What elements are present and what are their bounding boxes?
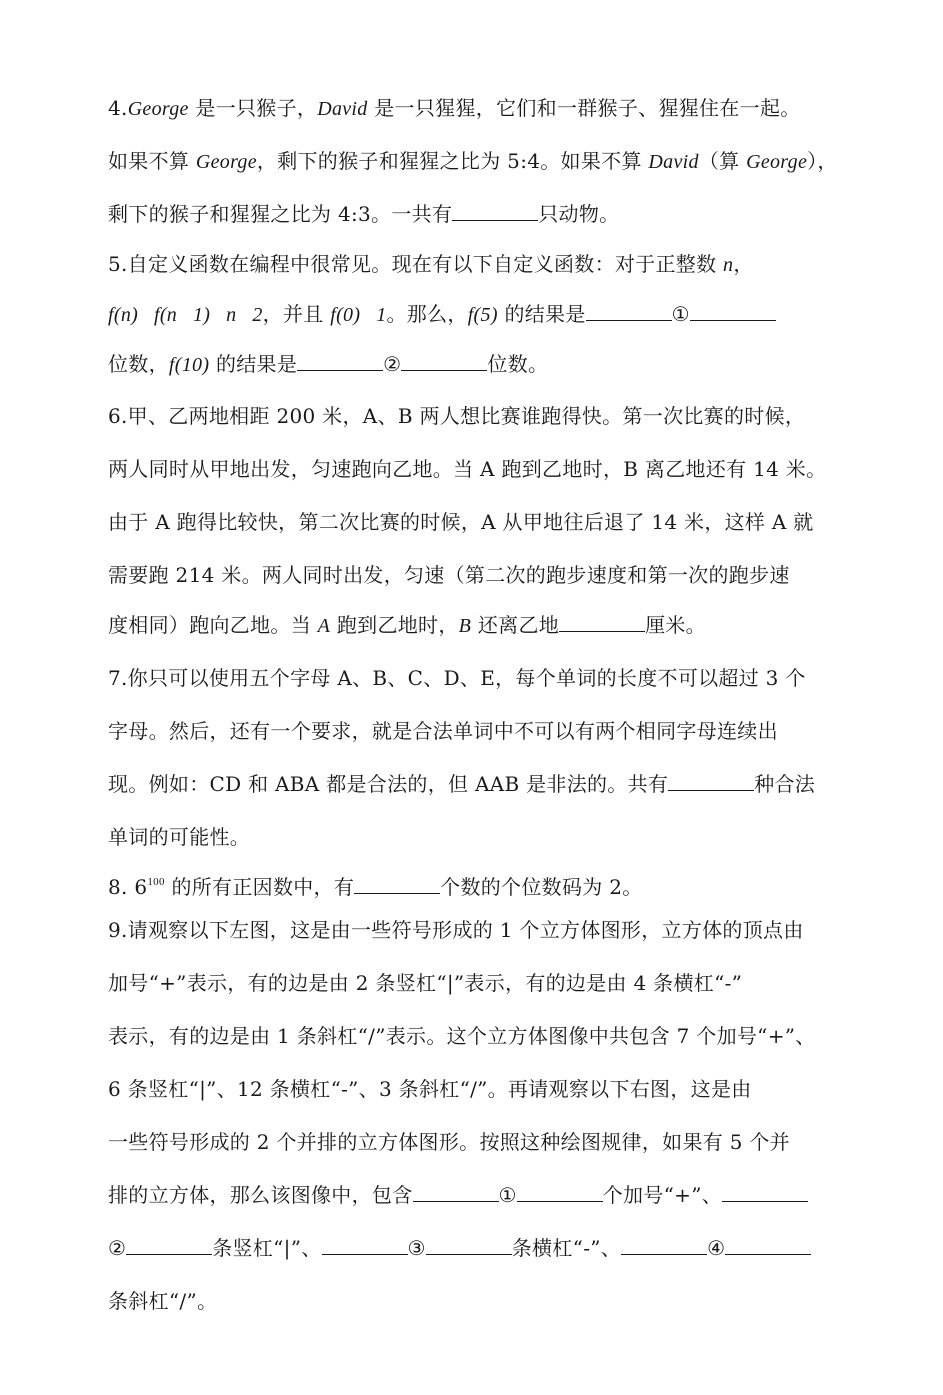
answer-blank-q5-1b[interactable] xyxy=(690,294,776,321)
name-george: George xyxy=(746,151,807,173)
answer-blank-q4[interactable] xyxy=(452,194,538,221)
circled-1: ① xyxy=(672,302,690,326)
name-george: George xyxy=(128,98,189,120)
name-david: David xyxy=(648,151,698,173)
answer-blank-q9-2a[interactable] xyxy=(722,1175,808,1202)
q7-line-2: 字母。然后，还有一个要求，就是合法单词中不可以有两个相同字母连续出 xyxy=(108,711,778,751)
text: 个加号“+”、 xyxy=(603,1183,722,1207)
q4-line-3: 剩下的猴子和猩猩之比为 4:3。一共有只动物。 xyxy=(108,194,619,234)
text: ， xyxy=(733,252,753,276)
q9-line-8: 条斜杠“/”。 xyxy=(108,1281,217,1321)
q9-line-3: 表示，有的边是由 1 条斜杠“/”表示。这个立方体图像中共包含 7 个加号“+”… xyxy=(108,1016,816,1056)
q6-line-2: 两人同时从甲地出发，匀速跑向乙地。当 A 跑到乙地时，B 离乙地还有 14 米。 xyxy=(108,449,826,489)
text: 是一只猴子， xyxy=(189,96,317,120)
q9-line-1: 9.请观察以下左图，这是由一些符号形成的 1 个立方体图形，立方体的顶点由 xyxy=(108,910,804,950)
text: 位数。 xyxy=(487,352,548,376)
q6-line-4: 需要跑 214 米。两人同时出发，匀速（第二次的跑步速度和第一次的跑步速 xyxy=(108,555,790,595)
answer-blank-q9-4a[interactable] xyxy=(621,1228,707,1255)
text: 现。例如：CD 和 ABA 都是合法的，但 AAB 是非法的。共有 xyxy=(108,772,668,796)
q6-line-1: 6.甲、乙两地相距 200 米，A、B 两人想比赛谁跑得快。第一次比赛的时候， xyxy=(108,396,805,436)
answer-blank-q9-3a[interactable] xyxy=(322,1228,408,1255)
text: ，并且 xyxy=(263,302,331,326)
text: 度相同）跑向乙地。当 xyxy=(108,613,318,637)
text: 厘米。 xyxy=(645,613,706,637)
q9-line-7: ②条竖杠“|”、③条横杠“-”、④ xyxy=(108,1228,811,1268)
answer-blank-q7[interactable] xyxy=(668,764,754,791)
q5-line-1: 5.自定义函数在编程中很常见。现在有以下自定义函数：对于正整数 n， xyxy=(108,244,754,284)
answer-blank-q9-2b[interactable] xyxy=(126,1228,212,1255)
formula-f10: f(10) xyxy=(169,354,209,376)
q4-number: 4. xyxy=(108,96,128,120)
text: 跑到乙地时， xyxy=(330,613,458,637)
circled-2: ② xyxy=(383,352,401,376)
text: 条竖杠“|”、 xyxy=(212,1236,321,1260)
circled-3: ③ xyxy=(408,1236,426,1260)
q5-line-3: 位数，f(10) 的结果是②位数。 xyxy=(108,344,548,384)
text: 是一只猩猩，它们和一群猴子、猩猩住在一起。 xyxy=(368,96,801,120)
text: 的结果是 xyxy=(209,352,297,376)
text: 的所有正因数中，有 xyxy=(165,875,354,899)
text: （算 xyxy=(699,149,746,173)
q9-line-6: 排的立方体，那么该图像中，包含①个加号“+”、 xyxy=(108,1175,808,1215)
q5-line-2: f(n) f(n 1) n 2，并且 f(0) 1。那么，f(5) 的结果是① xyxy=(108,294,776,334)
q6-line-5: 度相同）跑向乙地。当 A 跑到乙地时，B 还离乙地厘米。 xyxy=(108,605,706,645)
circled-2: ② xyxy=(108,1236,126,1260)
text: ，剩下的猴子和猩猩之比为 5:4。如果不算 xyxy=(257,149,649,173)
formula-f5: f(5) xyxy=(468,304,498,326)
answer-blank-q9-4b[interactable] xyxy=(725,1228,811,1255)
text: 只动物。 xyxy=(538,202,619,226)
text: 位数， xyxy=(108,352,169,376)
answer-blank-q5-2a[interactable] xyxy=(297,344,383,371)
text: 个数的个位数码为 2。 xyxy=(440,875,642,899)
text: 8. 6 xyxy=(108,875,147,899)
var-n: n xyxy=(723,254,733,276)
q9-line-2: 加号“+”表示，有的边是由 2 条竖杠“|”表示，有的边是由 4 条横杠“-” xyxy=(108,963,742,1003)
text: 还离乙地 xyxy=(471,613,559,637)
answer-blank-q5-2b[interactable] xyxy=(401,344,487,371)
text: 如果不算 xyxy=(108,149,196,173)
q7-line-1: 7.你只可以使用五个字母 A、B、C、D、E，每个单词的长度不可以超过 3 个 xyxy=(108,658,806,698)
q7-line-3: 现。例如：CD 和 ABA 都是合法的，但 AAB 是非法的。共有种合法 xyxy=(108,764,815,804)
text: 。那么， xyxy=(387,302,468,326)
answer-blank-q9-1b[interactable] xyxy=(517,1175,603,1202)
answer-blank-q9-3b[interactable] xyxy=(426,1228,512,1255)
name-david: David xyxy=(317,98,367,120)
var-b: B xyxy=(459,615,472,637)
circled-1: ① xyxy=(499,1183,517,1207)
q8-line-1: 8. 6100 的所有正因数中，有个数的个位数码为 2。 xyxy=(108,862,643,902)
text: 剩下的猴子和猩猩之比为 4:3。一共有 xyxy=(108,202,452,226)
var-a: A xyxy=(318,615,331,637)
q9-line-5: 一些符号形成的 2 个并排的立方体图形。按照这种绘图规律，如果有 5 个并 xyxy=(108,1122,790,1162)
answer-blank-q6[interactable] xyxy=(559,605,645,632)
q9-line-4: 6 条竖杠“|”、12 条横杠“-”、3 条斜杠“/”。再请观察以下右图，这是由 xyxy=(108,1069,752,1109)
circled-4: ④ xyxy=(707,1236,725,1260)
name-george: George xyxy=(196,151,257,173)
formula-base-case: f(0) 1 xyxy=(330,304,386,326)
text: ）， xyxy=(807,149,838,173)
text: 5.自定义函数在编程中很常见。现在有以下自定义函数：对于正整数 xyxy=(108,252,723,276)
answer-blank-q8[interactable] xyxy=(354,867,440,894)
formula-recursion: f(n) f(n 1) n 2 xyxy=(108,304,263,326)
q7-line-4: 单词的可能性。 xyxy=(108,817,250,857)
text: 种合法 xyxy=(754,772,815,796)
text: 的结果是 xyxy=(498,302,586,326)
text: 条横杠“-”、 xyxy=(512,1236,621,1260)
q4-line-1: 4.George 是一只猴子，David 是一只猩猩，它们和一群猴子、猩猩住在一… xyxy=(108,88,801,128)
q6-line-3: 由于 A 跑得比较快，第二次比赛的时候，A 从甲地往后退了 14 米，这样 A … xyxy=(108,502,814,542)
answer-blank-q9-1a[interactable] xyxy=(413,1175,499,1202)
answer-blank-q5-1a[interactable] xyxy=(586,294,672,321)
exponent: 100 xyxy=(147,876,164,888)
q4-line-2: 如果不算 George，剩下的猴子和猩猩之比为 5:4。如果不算 David（算… xyxy=(108,141,838,181)
text: 排的立方体，那么该图像中，包含 xyxy=(108,1183,413,1207)
